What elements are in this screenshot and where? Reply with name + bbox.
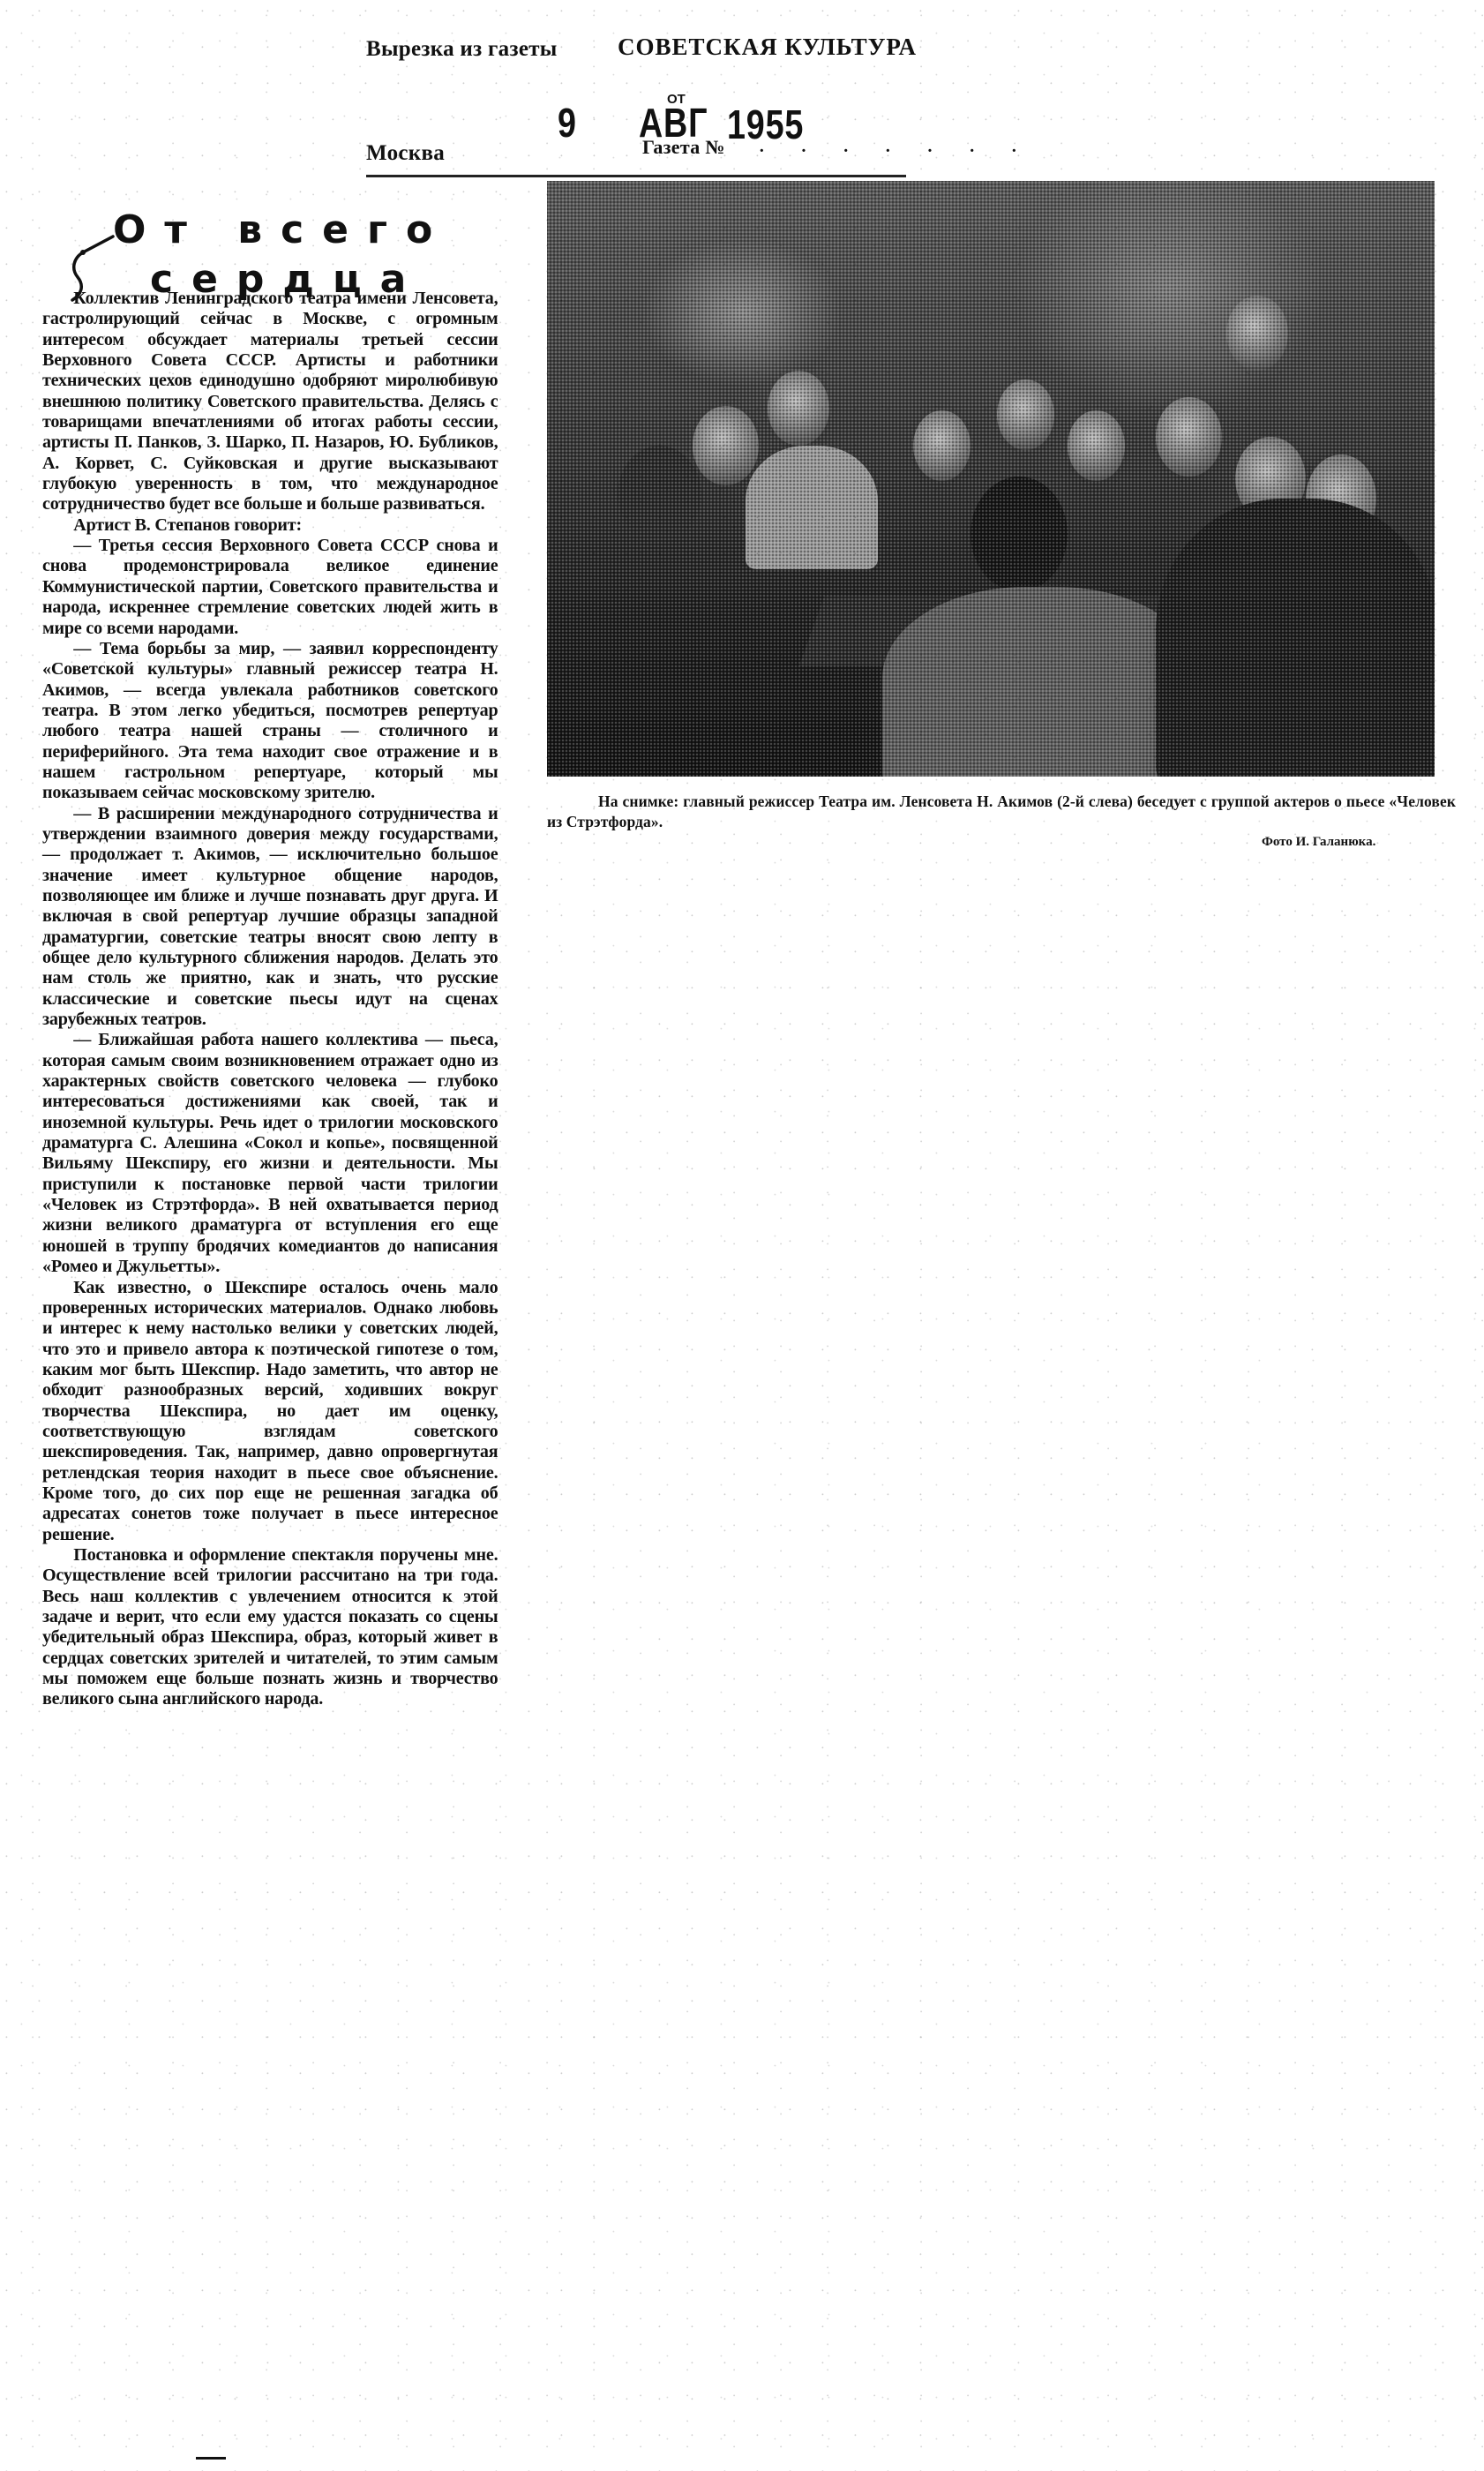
article-body: Коллектив Ленинградского театра имени Ле… (42, 289, 498, 1710)
article-paragraph: — Ближайшая работа нашего коллектива — п… (42, 1030, 498, 1277)
photo-figure (971, 477, 1068, 591)
photo-figure (1235, 437, 1306, 521)
paper-number-label: Газета № (642, 136, 725, 159)
photo-figure (1306, 454, 1376, 543)
newspaper-name: СОВЕТСКАЯ КУЛЬТУРА (618, 34, 917, 61)
photo-figure (746, 446, 878, 569)
photo-figure (693, 406, 759, 485)
photo-figure (618, 446, 701, 543)
photo-figure (913, 410, 971, 481)
photo-figure (997, 379, 1054, 450)
article-paragraph: — Тема борьбы за мир, — заявил корреспон… (42, 639, 498, 804)
article-title-line-1: От всего (113, 205, 451, 256)
photo-figure (768, 371, 829, 446)
photo-figure (882, 587, 1200, 777)
photo-figure (1068, 410, 1125, 481)
photo-caption: На снимке: главный режиссер Театра им. Л… (547, 792, 1456, 832)
photo-credit: Фото И. Галанюка. (1262, 835, 1375, 850)
group-photo (547, 181, 1435, 777)
article-end-mark (196, 2457, 226, 2460)
photo-figure (1226, 296, 1288, 371)
clipping-label: Вырезка из газеты (366, 37, 558, 62)
paper-number-dots: · · · · · · · (759, 141, 1033, 161)
photo-figure (1156, 397, 1222, 477)
city-label: Москва (366, 141, 445, 166)
article-paragraph: Артист В. Степанов говорит: (42, 515, 498, 536)
article-paragraph: Коллектив Ленинградского театра имени Ле… (42, 289, 498, 515)
article-paragraph: — Третья сессия Верховного Совета СССР с… (42, 536, 498, 639)
photo-table-shape (798, 596, 1195, 666)
article-paragraph: — В расширении международного сотрудниче… (42, 804, 498, 1031)
header-rule (366, 175, 906, 177)
date-day: 9 (558, 99, 577, 146)
article-paragraph: Как известно, о Шекспире осталось очень … (42, 1278, 498, 1545)
article-paragraph: Постановка и оформление спектакля поруче… (42, 1545, 498, 1710)
photo-figure (1156, 499, 1435, 777)
